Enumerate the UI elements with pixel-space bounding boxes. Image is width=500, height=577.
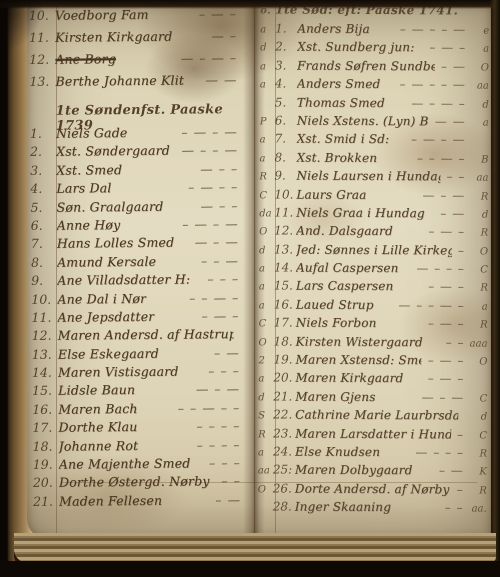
row-number: 11.: [31, 310, 57, 325]
register-row: 12.Maren Andersd. af Hastrup: [32, 326, 243, 346]
register-row: 6.Anne Høy– — – —: [31, 216, 242, 236]
row-ditto-dashes: – – — – –: [172, 400, 244, 416]
row-number: 7.: [31, 236, 57, 251]
row-number: 20.: [33, 475, 59, 490]
gutter-margin-mark: aa: [258, 466, 273, 477]
register-row: 19.Ane Majenthe Smed– – –: [33, 455, 244, 475]
row-number: 1.: [275, 21, 297, 35]
register-row: C10.Laurs Graa— – —R: [259, 187, 488, 207]
gutter-margin-mark: C: [259, 190, 274, 201]
row-name: Hans Lolles Smed: [57, 235, 175, 251]
row-ditto-dashes: — – —: [416, 390, 468, 404]
register-row: 5.Thomas Smed— – — –d: [260, 95, 489, 115]
edge-margin-mark: aa: [468, 173, 488, 184]
left-register-list: 1.Niels Gade– — – —2.Xst. Søndergaard— –…: [30, 124, 244, 512]
register-row: da11.Niels Graa i Hundag– —d: [259, 205, 488, 225]
row-name: Else Eskegaard: [58, 345, 159, 361]
row-name: Maren Larsdatter i Hundag: [295, 426, 451, 441]
row-name: Jed: Sønnes i Lille Kirkegrd: [296, 242, 452, 257]
row-number: 22.: [273, 408, 295, 422]
row-ditto-dashes: – — –: [422, 353, 468, 367]
row-name: Xst. Brokken: [297, 150, 378, 164]
register-row: 13.Berthe Johanne Klit— —: [29, 72, 240, 96]
row-name: Ane Dal i Nør: [57, 290, 146, 306]
edge-margin-mark: d: [468, 209, 488, 220]
row-name: Laued Strup: [296, 297, 374, 311]
row-ditto-dashes: – —: [433, 464, 467, 478]
row-name: Maren Vistisgaard: [58, 364, 179, 380]
row-number: 10.: [31, 291, 57, 306]
row-ditto-dashes: – — – —: [176, 216, 242, 232]
row-ditto-dashes: – — – – —: [394, 77, 469, 91]
edge-margin-mark: O: [467, 357, 487, 368]
row-name: Niels Graa i Hundag: [296, 206, 425, 221]
edge-margin-mark: R: [468, 320, 488, 331]
gutter-margin-mark: d: [259, 245, 274, 256]
row-number: 14.: [32, 365, 58, 380]
register-row: a15.Lars Caspersen– — –R: [259, 279, 488, 299]
right-register-list: a1.Anders Bija– — – – —ed2.Xst. Sundberg…: [258, 21, 490, 519]
register-row: a14.Aufal Caspersen— – – –C: [259, 260, 488, 280]
row-name: Maren Andersd. af Hastrup: [58, 326, 234, 343]
left-page-heading: 1te Søndenfst. Paaske 1739: [56, 102, 241, 124]
row-number: 16.: [32, 402, 58, 417]
row-name: Cathrine Marie Laurbrsdatt:: [295, 408, 458, 423]
gutter-margin-mark: a: [258, 447, 273, 458]
edge-margin-mark: C: [467, 393, 487, 404]
row-name: Maren Kirkgaard: [295, 371, 403, 386]
row-ditto-dashes: — – – —: [176, 142, 242, 158]
row-name: Berthe Johanne Klit: [55, 73, 184, 89]
row-number: 6.: [31, 218, 57, 233]
row-name: Aufal Caspersen: [296, 261, 399, 276]
row-number: 13.: [274, 242, 296, 256]
register-row: 219.Maren Xstensd: Smed– — –O: [258, 352, 487, 372]
row-name: Niels Forbon: [296, 316, 377, 330]
row-name: Voedborg Fam: [55, 7, 149, 23]
row-name: Kirsten Kirkgaard: [55, 29, 172, 45]
row-number: 8.: [31, 254, 57, 269]
row-name: Maren Xstensd: Smed: [295, 353, 421, 368]
edge-margin-mark: C: [468, 265, 488, 276]
row-ditto-dashes: – – –: [202, 363, 243, 378]
gutter-margin-mark: a: [259, 300, 274, 311]
gutter-margin-mark: a: [260, 24, 275, 35]
row-number: 5.: [275, 95, 297, 109]
edge-margin-mark: O: [469, 62, 489, 73]
row-number: 11.: [274, 205, 296, 219]
row-ditto-dashes: — —: [199, 72, 240, 87]
row-name: Else Knudsen: [295, 445, 380, 459]
row-number: 20.: [273, 371, 295, 385]
row-name: Anne Høy: [57, 217, 121, 233]
register-row: 28.Inger Skaaning– –aa.: [258, 500, 487, 520]
book-bottom-page-edges: [14, 533, 496, 563]
row-name: Ane Majenthe Smed: [59, 456, 191, 472]
row-name: Lidsle Baun: [58, 382, 135, 398]
photo-right-dark-edge: [490, 0, 500, 577]
row-number: 10.: [274, 187, 296, 201]
row-number: 2.: [30, 144, 56, 159]
row-number: 19.: [273, 353, 295, 367]
edge-margin-mark: K: [467, 467, 487, 478]
row-ditto-dashes: – – — –: [183, 290, 242, 306]
top-left-corner-shadow: [0, 0, 56, 70]
register-row: 2.Xst. Søndergaard— – – —: [30, 142, 241, 162]
row-number: 3.: [275, 58, 297, 72]
register-row: 20.Dorthe Østergd. Nørby– –: [33, 473, 244, 493]
row-ditto-dashes: – —: [435, 59, 469, 73]
register-row: 10.Ane Dal i Nør– – — –: [31, 290, 242, 310]
row-name: And. Dalsgaard: [296, 224, 393, 239]
row-ditto-dashes: – – —: [195, 253, 242, 268]
gutter-margin-mark: C: [259, 319, 274, 330]
register-row: a20.Maren Kirkgaard– — –: [258, 371, 487, 391]
row-number: 1.: [30, 126, 56, 141]
register-row: P6.Niels Xstens. (Lyn) Bak— —a: [260, 113, 489, 133]
row-name: Anders Bija: [297, 22, 370, 36]
edge-margin-mark: a: [469, 44, 489, 55]
register-row: 7.Hans Lolles Smed— – —: [31, 234, 242, 254]
row-name: Ane Jepsdatter: [57, 309, 154, 325]
gutter-rule-line: [254, 0, 255, 577]
edge-margin-mark: R: [467, 448, 487, 459]
register-row: S22.Cathrine Marie Laurbrsdatt:d: [258, 408, 487, 428]
manuscript-photo: 10.Voedborg Fam– — –11.Kirsten Kirkgaard…: [0, 0, 500, 577]
row-ditto-dashes: – —: [209, 492, 244, 507]
gutter-margin-mark: a: [258, 374, 273, 385]
gutter-margin-mark: O: [259, 337, 274, 348]
gutter-margin-mark: O: [258, 484, 273, 495]
gutter-margin-mark: S: [258, 411, 273, 422]
row-name: Amund Kersale: [57, 254, 156, 270]
row-number: 6.: [275, 113, 297, 127]
gutter-margin-mark: a: [260, 61, 275, 72]
edge-margin-mark: aa: [469, 81, 489, 92]
edge-margin-mark: d: [469, 99, 489, 110]
gutter-margin-mark: 2: [258, 355, 273, 366]
row-number: 2.: [275, 40, 297, 54]
row-number: 16.: [274, 297, 296, 311]
row-ditto-dashes: – — –: [195, 308, 242, 323]
row-name: Kirsten Wistergaard: [296, 334, 423, 349]
row-ditto-dashes: – – –: [201, 271, 242, 286]
row-name: Johanne Rot: [59, 438, 139, 454]
edge-margin-mark: a: [468, 301, 488, 312]
row-number: 17.: [32, 420, 58, 435]
row-ditto-dashes: – — –: [422, 280, 468, 294]
gutter-margin-mark: a: [259, 282, 274, 293]
row-ditto-dashes: – – – –: [190, 418, 243, 433]
row-number: 9.: [274, 169, 296, 183]
register-row: 9.Ane Villadsdatter H:– – –: [31, 271, 242, 291]
row-name: Anders Smed: [297, 77, 381, 91]
row-name: Dorthe Østergd. Nørby: [59, 474, 210, 490]
row-ditto-dashes: — – –: [195, 198, 242, 213]
row-name: Maren Dolbygaard: [295, 463, 413, 478]
gutter-margin-mark: a: [260, 135, 275, 146]
row-number: 8.: [275, 150, 297, 164]
register-row: 15.Lidsle Baun— – —: [32, 382, 243, 402]
register-row: 13.Else Eskegaard– —: [32, 345, 243, 365]
row-number: 5.: [30, 199, 56, 214]
row-ditto-dashes: – —: [434, 206, 468, 220]
row-number: 4.: [30, 181, 56, 196]
edge-margin-mark: R: [467, 485, 487, 496]
register-row: d13.Jed: Sønnes i Lille Kirkegrd–O: [259, 242, 488, 262]
row-ditto-dashes: – — –: [423, 41, 469, 55]
gutter-margin-mark: d: [258, 392, 273, 403]
register-row: 18.Johanne Rot– – – –: [33, 437, 244, 457]
row-number: 13.: [29, 74, 55, 89]
row-number: 15.: [32, 383, 58, 398]
row-ditto-dashes: — – —: [417, 188, 469, 202]
row-name: Niels Xstens. (Lyn) Bak: [297, 114, 429, 129]
edge-margin-mark: R: [468, 191, 488, 202]
row-name: Maren Gjens: [295, 389, 375, 403]
gutter-margin-mark: O: [259, 227, 274, 238]
register-row: 8.Amund Kersale– – —: [31, 253, 242, 273]
row-name: Xst. Smid i Sd:: [297, 132, 390, 146]
row-ditto-dashes: — – – –: [410, 445, 468, 459]
row-ditto-dashes: – — – —: [175, 124, 241, 140]
row-ditto-dashes: — – –: [194, 161, 241, 176]
row-name: Maden Fellesen: [59, 493, 162, 509]
row-ditto-dashes: – –: [215, 473, 244, 488]
row-number: 17.: [274, 316, 296, 330]
row-number: 13.: [32, 346, 58, 361]
row-ditto-dashes: — – —: [190, 382, 243, 397]
row-number: 15.: [274, 279, 296, 293]
row-ditto-dashes: — –: [205, 28, 240, 43]
edge-margin-mark: R: [468, 228, 488, 239]
row-name: Inger Skaaning: [295, 500, 391, 515]
row-number: 25:: [273, 463, 295, 477]
row-ditto-dashes: — – —: [189, 234, 242, 249]
row-ditto-dashes: – — – —: [405, 133, 469, 147]
register-row: 11.Kirsten Kirkgaard— –: [29, 28, 240, 52]
row-ditto-dashes: — – — –: [175, 50, 241, 66]
photo-top-dark-edge: [0, 0, 500, 9]
row-number: 28.: [273, 500, 295, 514]
row-ditto-dashes: –: [451, 427, 467, 441]
register-row: 21.Maden Fellesen– —: [33, 492, 244, 512]
edge-margin-mark: C: [467, 430, 487, 441]
edge-margin-mark: a: [469, 117, 489, 128]
row-number: 19.: [33, 457, 59, 472]
register-row: a3.Frands Søfren Sundberg– —O: [260, 58, 489, 78]
row-ditto-dashes: – – –: [203, 455, 244, 470]
row-name: Lars Dal: [56, 180, 111, 195]
gutter-margin-mark: a: [260, 80, 275, 91]
row-ditto-dashes: — – – — –: [392, 298, 467, 312]
row-name: Xst. Smed: [56, 162, 122, 178]
photo-bottom-dark-edge: [0, 561, 500, 577]
row-name: Xst. Sundberg jun:: [297, 40, 414, 55]
row-ditto-dashes: – –: [441, 169, 469, 183]
register-row: R23.Maren Larsdatter i Hundag–C: [258, 426, 487, 446]
register-row: 17.Dorthe Klau– – – –: [32, 418, 243, 438]
left-register-page: 10.Voedborg Fam– — –11.Kirsten Kirkgaard…: [29, 6, 244, 512]
row-number: 3.: [30, 162, 56, 177]
register-row: 5.Søn. Graalgaard— – –: [30, 198, 241, 218]
register-row: d21.Maren Gjens— – —C: [258, 389, 487, 409]
row-name: Niels Laursen i Hundag: [296, 169, 440, 184]
row-name: Frands Søfren Sundberg: [297, 58, 435, 73]
row-ditto-dashes: – —: [208, 345, 243, 360]
row-name: Søn. Graalgaard: [56, 198, 163, 214]
register-row: aa25:Maren Dolbygaard– —K: [258, 463, 487, 483]
row-number: 21.: [273, 389, 295, 403]
row-number: 18.: [33, 438, 59, 453]
row-number: 14.: [274, 261, 296, 275]
register-row: O18.Kirsten Wistergaard– –aaa: [259, 334, 488, 354]
row-name: Maren Bach: [58, 401, 137, 417]
row-number: 4.: [275, 77, 297, 91]
row-ditto-dashes: – –: [439, 501, 467, 515]
register-row: 12.Ane Borg— – — –: [29, 50, 240, 74]
row-ditto-dashes: – — –: [422, 317, 468, 331]
row-ditto-dashes: — – – –: [410, 261, 468, 275]
gutter-margin-mark: da: [259, 208, 274, 219]
register-row: 16.Maren Bach– – — – –: [32, 400, 243, 420]
left-continuation-list: 10.Voedborg Fam– — –11.Kirsten Kirkgaard…: [29, 6, 241, 96]
row-name: Ane Villadsdatter H:: [57, 272, 190, 288]
row-ditto-dashes: – –: [440, 335, 468, 349]
register-row: 4.Lars Dal– — – –: [30, 179, 241, 199]
edge-margin-mark: d: [467, 412, 487, 423]
edge-margin-mark: aa.: [467, 504, 487, 515]
register-row: a1.Anders Bija– — – – —e: [260, 21, 489, 41]
row-ditto-dashes: – — –: [422, 225, 468, 239]
register-row: d2.Xst. Sundberg jun:– — –a: [260, 40, 489, 60]
register-row: O12.And. Dalsgaard– — –R: [259, 224, 488, 244]
register-row: 10.Voedborg Fam– — –: [29, 6, 240, 30]
gutter-margin-mark: a: [259, 263, 274, 274]
edge-margin-mark: R: [468, 283, 488, 294]
edge-margin-mark: aaa: [468, 338, 488, 349]
row-number: 9.: [31, 273, 57, 288]
gutter-margin-mark: R: [259, 172, 274, 183]
row-name: Lars Caspersen: [296, 279, 394, 294]
register-row: a7.Xst. Smid i Sd:– — – —: [260, 132, 489, 152]
row-name: Laurs Graa: [296, 187, 366, 201]
register-row: C17.Niels Forbon– — –R: [259, 316, 488, 336]
register-row: a16.Laued Strup— – – — –a: [259, 297, 488, 317]
row-number: 18.: [274, 334, 296, 348]
gutter-margin-mark: P: [260, 116, 275, 127]
register-row: a8.Xst. Brokken– – — –B: [259, 150, 488, 170]
row-number: 12.: [32, 328, 58, 343]
edge-margin-mark: B: [469, 154, 489, 165]
register-row: O26.Dorte Andersd. af Nørby–R: [258, 481, 487, 501]
row-number: 7.: [275, 132, 297, 146]
row-name: Dorte Andersd. af Nørby: [295, 481, 450, 496]
edge-margin-mark: O: [468, 246, 488, 257]
right-register-page: o. 1te Sød: eft: Paaske 1741. a1.Anders …: [258, 2, 490, 519]
row-ditto-dashes: — – — –: [405, 96, 469, 110]
row-number: 26.: [273, 481, 295, 495]
register-row: R9.Niels Laursen i Hundag– –aa: [259, 169, 488, 189]
register-row: a4.Anders Smed– — – – —aa: [260, 77, 489, 97]
row-ditto-dashes: – – – –: [191, 437, 244, 452]
row-number: 21.: [33, 493, 59, 508]
row-number: 24.: [273, 444, 295, 458]
row-ditto-dashes: – — –: [422, 372, 468, 386]
gutter-margin-mark: a: [260, 153, 275, 164]
edge-margin-mark: e: [469, 25, 489, 36]
row-ditto-dashes: — —: [429, 114, 469, 128]
row-ditto-dashes: – – — –: [411, 151, 469, 165]
gutter-margin-mark: d: [260, 43, 275, 54]
register-row: 3.Xst. Smed— – –: [30, 161, 241, 181]
row-ditto-dashes: – — – – —: [394, 22, 469, 36]
register-row: a24.Else Knudsen— – – –R: [258, 444, 487, 464]
row-ditto-dashes: –: [451, 482, 467, 496]
row-name: Dorthe Klau: [58, 419, 137, 435]
row-name: Ane Borg: [55, 51, 116, 67]
row-number: 23.: [273, 426, 295, 440]
row-name: Thomas Smed: [297, 95, 385, 109]
row-ditto-dashes: –: [452, 243, 468, 257]
row-name: Xst. Søndergaard: [56, 143, 170, 159]
register-row: 14.Maren Vistisgaard– – –: [32, 363, 243, 383]
row-number: 12.: [274, 224, 296, 238]
register-row: 11.Ane Jepsdatter– — –: [31, 308, 242, 328]
row-ditto-dashes: – — – –: [182, 179, 241, 195]
gutter-margin-mark: R: [258, 429, 273, 440]
